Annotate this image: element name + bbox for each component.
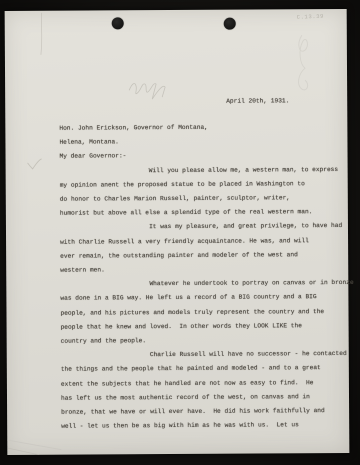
letter-page: C.13.39 April 20th, 1931. Hon. John Eric…	[5, 9, 350, 455]
crease-line	[7, 440, 61, 450]
archival-pencil-note: C.13.39	[297, 13, 325, 21]
letter-body: Hon. John Erickson, Governor of Montana,…	[59, 120, 354, 434]
scan-background: C.13.39 April 20th, 1931. Hon. John Eric…	[0, 0, 360, 465]
typed-date: April 20th, 1931.	[226, 97, 289, 104]
punch-hole-left	[112, 17, 124, 29]
faint-pencil-loops	[298, 35, 308, 90]
margin-checkmark	[28, 159, 42, 169]
punch-hole-right	[224, 18, 236, 30]
corner-fold-line	[7, 448, 39, 455]
pencil-scribble	[129, 83, 165, 99]
margin-pencil-stroke	[41, 13, 42, 55]
